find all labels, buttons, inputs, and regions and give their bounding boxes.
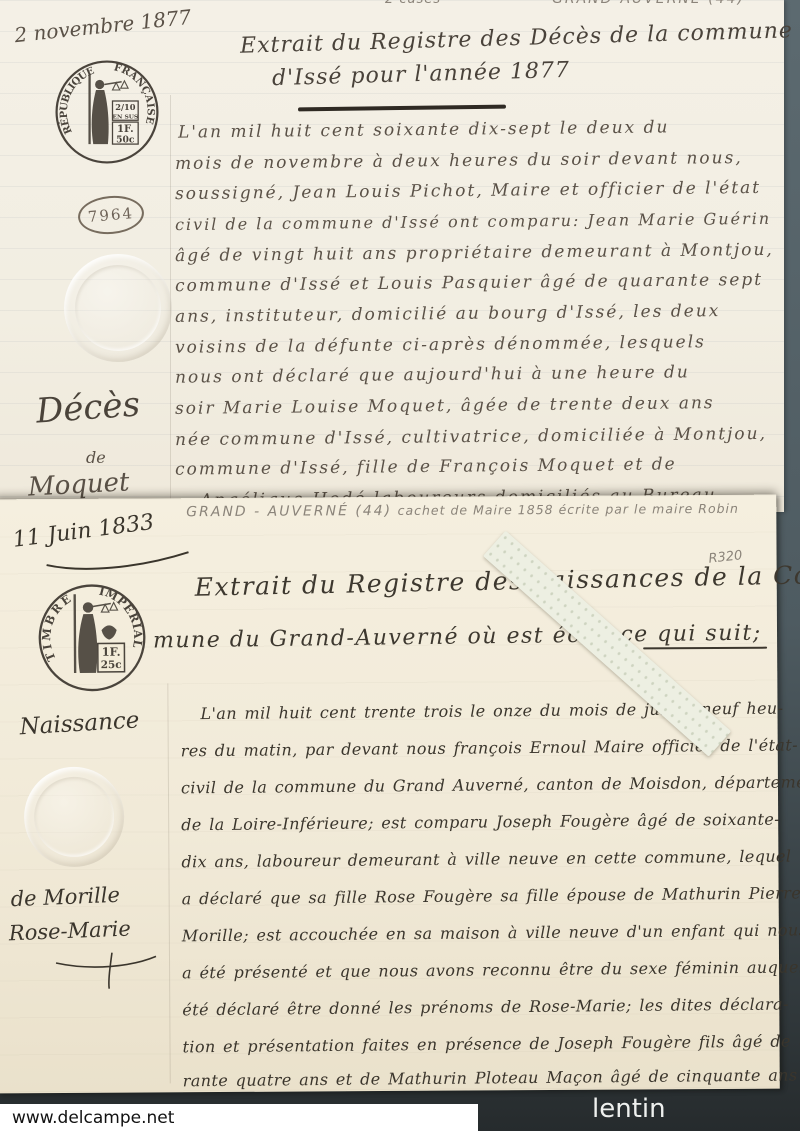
margin-rule bbox=[167, 683, 170, 1083]
pencil-place: GRAND - AUVERNÉ (44) bbox=[186, 503, 392, 520]
death-record-1877-sheet: 2 cases GRAND-AUVERNÉ (44) 2 novembre 18… bbox=[0, 0, 784, 512]
pencil-note-top-left: 2 cases bbox=[385, 0, 441, 7]
doc2-body-line: a été présenté et que nous avons reconnu… bbox=[182, 957, 800, 982]
document-photo: 2 cases GRAND-AUVERNÉ (44) 2 novembre 18… bbox=[0, 0, 800, 1131]
title-dash bbox=[643, 647, 767, 650]
doc2-body-line: de la Loire-Inférieure; est comparu Jose… bbox=[181, 810, 780, 835]
stamp-value-main: 1F. bbox=[102, 645, 121, 659]
stamp-arc-left-label: TIMBRE bbox=[39, 591, 76, 664]
republique-francaise-revenue-stamp: 2/10 EN SUS 1F. 50c RÉPUBLIQUE FRANÇAISE bbox=[52, 57, 162, 167]
doc1-body-line: L'an mil huit cent soixante dix-sept le … bbox=[178, 117, 670, 142]
flourish-underline bbox=[43, 550, 193, 573]
pencil-rest: cachet de Maire 1858 écrite par le maire… bbox=[398, 501, 739, 518]
margin-naissance: Naissance bbox=[19, 707, 140, 740]
watermark-bar: www.delcampe.net bbox=[0, 1104, 478, 1131]
doc1-title-line1: Extrait du Registre des Décès de la comm… bbox=[240, 18, 793, 58]
doc1-body-line: commune d'Issé, fille de François Moquet… bbox=[175, 454, 677, 479]
pencil-note-top-center: GRAND-AUVERNÉ (44) bbox=[552, 0, 745, 7]
svg-text:TIMBRE: TIMBRE bbox=[39, 591, 76, 664]
ink-stroke bbox=[298, 105, 506, 112]
handstamp-number: 7964 bbox=[87, 204, 135, 226]
timbre-imperial-stamp: 1F. 25c TIMBRE IMPERIAL bbox=[35, 580, 150, 695]
doc2-body-line: dix ans, laboureur demeurant à ville neu… bbox=[181, 846, 800, 871]
doc1-body-line: voisins de la défunte ci-après dénommée,… bbox=[175, 332, 706, 358]
date-annotation: 11 Juin 1833 bbox=[11, 510, 155, 553]
doc2-body-line: tion et présentation faites en présence … bbox=[182, 1031, 800, 1056]
svg-text:RÉPUBLIQUE: RÉPUBLIQUE bbox=[56, 65, 97, 135]
doc2-body-line: a déclaré que sa fille Rose Fougère sa f… bbox=[182, 883, 800, 908]
doc1-body-line: née commune d'Issé, cultivatrice, domici… bbox=[175, 424, 767, 450]
doc1-body-line: ans, instituteur, domicilié au bourg d'I… bbox=[175, 301, 720, 327]
doc1-title-line2: d'Issé pour l'année 1877 bbox=[272, 58, 571, 91]
doc1-body-line: soussigné, Jean Louis Pichot, Maire et o… bbox=[175, 178, 761, 204]
doc2-body-line: Morille; est accouchée en sa maison à vi… bbox=[182, 920, 800, 945]
oval-number-handstamp: 7964 bbox=[76, 193, 145, 237]
doc2-body-line: rante quatre ans et de Mathurin Ploteau … bbox=[183, 1065, 798, 1090]
stamp-value-sub: 25c bbox=[101, 659, 122, 671]
doc1-body-line: commune d'Issé et Louis Pasquier âgé de … bbox=[175, 270, 763, 296]
date-annotation: 2 novembre 1877 bbox=[13, 5, 192, 47]
birth-record-1833-sheet: GRAND - AUVERNÉ (44) cachet de Maire 185… bbox=[0, 495, 780, 1094]
margin-deces: Décès bbox=[35, 384, 142, 431]
doc2-body-line: civil de la commune du Grand Auverné, ca… bbox=[181, 772, 800, 797]
margin-de: de bbox=[86, 448, 106, 467]
embossed-eagle-seal bbox=[24, 767, 125, 868]
doc2-body-line: été déclaré être donné les prénoms de Ro… bbox=[182, 994, 789, 1019]
doc1-body-line: soir Marie Louise Moquet, âgée de trente… bbox=[175, 393, 715, 419]
pencil-archivist-note: GRAND - AUVERNÉ (44) cachet de Maire 185… bbox=[186, 501, 739, 520]
doc1-body-line: nous ont déclaré que aujourd'hui à une h… bbox=[175, 362, 690, 387]
margin-moquet: Moquet bbox=[27, 467, 130, 502]
stamp-arc-left-label: RÉPUBLIQUE bbox=[56, 65, 97, 135]
watermark-seller-text: lentin bbox=[592, 1094, 666, 1124]
stamp-duty-line1: 2/10 bbox=[115, 102, 135, 112]
doc1-body-line: mois de novembre à deux heures du soir d… bbox=[175, 148, 743, 174]
embossed-seal bbox=[64, 254, 172, 362]
eagle-icon bbox=[101, 625, 116, 639]
doc1-body-line: civil de la commune d'Issé ont comparu: … bbox=[175, 209, 771, 234]
paraph-flourish bbox=[52, 950, 162, 991]
watermark-site-text: www.delcampe.net bbox=[0, 1108, 174, 1128]
doc1-body-line: âgé de vingt huit ans propriétaire demeu… bbox=[175, 240, 774, 266]
margin-name-line1: de Morille bbox=[10, 883, 120, 911]
stamp-duty-line2: EN SUS bbox=[112, 113, 138, 120]
stamp-value-sub: 50c bbox=[116, 134, 135, 145]
margin-name-line2: Rose-Marie bbox=[8, 916, 131, 945]
